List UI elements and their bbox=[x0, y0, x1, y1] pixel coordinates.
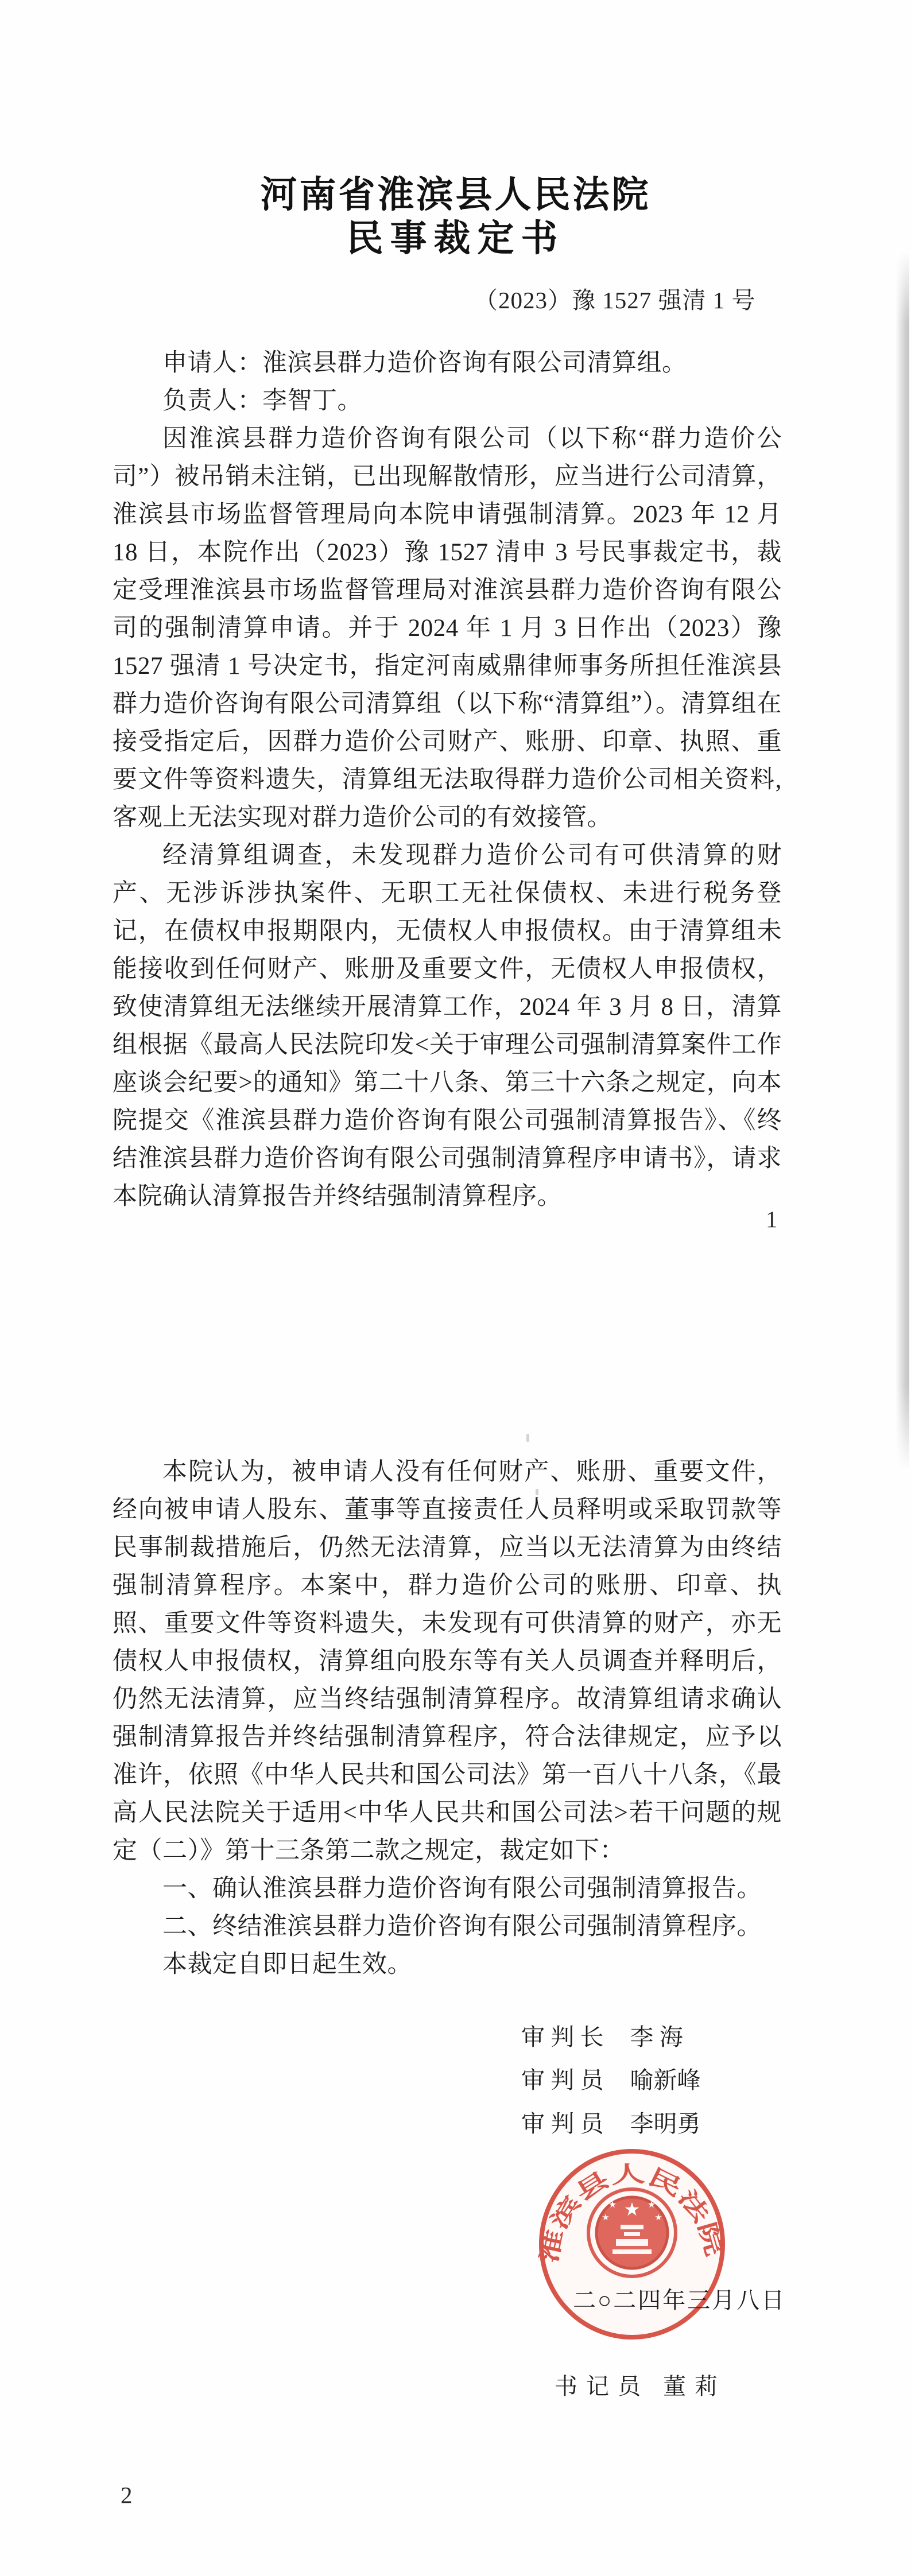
case-number: （2023）豫 1527 强清 1 号 bbox=[474, 281, 756, 315]
signature-clerk: 书记员 董莉 bbox=[555, 2368, 726, 2401]
ruling-item-2: 二、终结淮滨县群力造价咨询有限公司强制清算程序。 bbox=[113, 1908, 782, 1946]
signature-name: 喻新峰 bbox=[630, 2061, 701, 2095]
court-ruling-document: 河南省淮滨县人民法院 民事裁定书 （2023）豫 1527 强清 1 号 申请人… bbox=[0, 0, 911, 2576]
signature-name: 李 海 bbox=[630, 2018, 683, 2052]
scan-edge-shadow bbox=[896, 250, 909, 1472]
ruling-item-1: 一、确认淮滨县群力造价咨询有限公司强制清算报告。 bbox=[113, 1870, 782, 1908]
scan-speck bbox=[526, 1434, 529, 1442]
paragraph-responsible-person: 负责人：李智丁。 bbox=[113, 382, 782, 420]
paragraph-court-opinion: 本院认为，被申请人没有任何财产、账册、重要文件，经向被申请人股东、董事等直接责任… bbox=[113, 1453, 782, 1870]
paragraph-case-background: 因淮滨县群力造价咨询有限公司（以下称“群力造价公司”）被吊销未注销，已出现解散情… bbox=[113, 420, 782, 837]
national-emblem: ★ ★ ★ ★ ★ bbox=[588, 2189, 676, 2276]
emblem-small-star-icon: ★ bbox=[602, 2213, 609, 2222]
ruling-date: 二○二四年三月八日 bbox=[573, 2282, 786, 2315]
signature-judge-2: 审 判 员 李明勇 bbox=[521, 2105, 701, 2139]
signature-role: 书记员 bbox=[555, 2368, 649, 2401]
emblem-small-star-icon: ★ bbox=[608, 2200, 617, 2210]
signature-judge-1: 审 判 员 喻新峰 bbox=[521, 2061, 701, 2095]
page1-body: 申请人：淮滨县群力造价咨询有限公司清算组。 负责人：李智丁。 因淮滨县群力造价咨… bbox=[113, 344, 782, 1216]
emblem-small-star-icon: ★ bbox=[648, 2200, 656, 2210]
page-number-2: 2 bbox=[121, 2481, 133, 2509]
signature-presiding-judge: 审 判 长 李 海 bbox=[521, 2018, 683, 2052]
page2-body: 本院认为，被申请人没有任何财产、账册、重要文件，经向被申请人股东、董事等直接责任… bbox=[113, 1453, 782, 1984]
signature-name: 董莉 bbox=[663, 2368, 726, 2401]
signature-role: 审 判 长 bbox=[521, 2018, 604, 2052]
signature-name: 李明勇 bbox=[630, 2105, 701, 2139]
emblem-small-star-icon: ★ bbox=[654, 2213, 662, 2222]
signature-role: 审 判 员 bbox=[521, 2061, 604, 2095]
emblem-big-star-icon: ★ bbox=[624, 2199, 641, 2220]
signature-role: 审 判 员 bbox=[521, 2105, 604, 2139]
paragraph-applicant: 申请人：淮滨县群力造价咨询有限公司清算组。 bbox=[113, 344, 782, 382]
page-number-1: 1 bbox=[766, 1205, 778, 1233]
paragraph-liquidation-findings: 经清算组调查，未发现群力造价公司有可供清算的财产、无涉诉涉执案件、无职工无社保债… bbox=[113, 837, 782, 1216]
document-type-title: 民事裁定书 bbox=[0, 209, 911, 262]
ruling-effective-statement: 本裁定自即日起生效。 bbox=[113, 1946, 782, 1984]
